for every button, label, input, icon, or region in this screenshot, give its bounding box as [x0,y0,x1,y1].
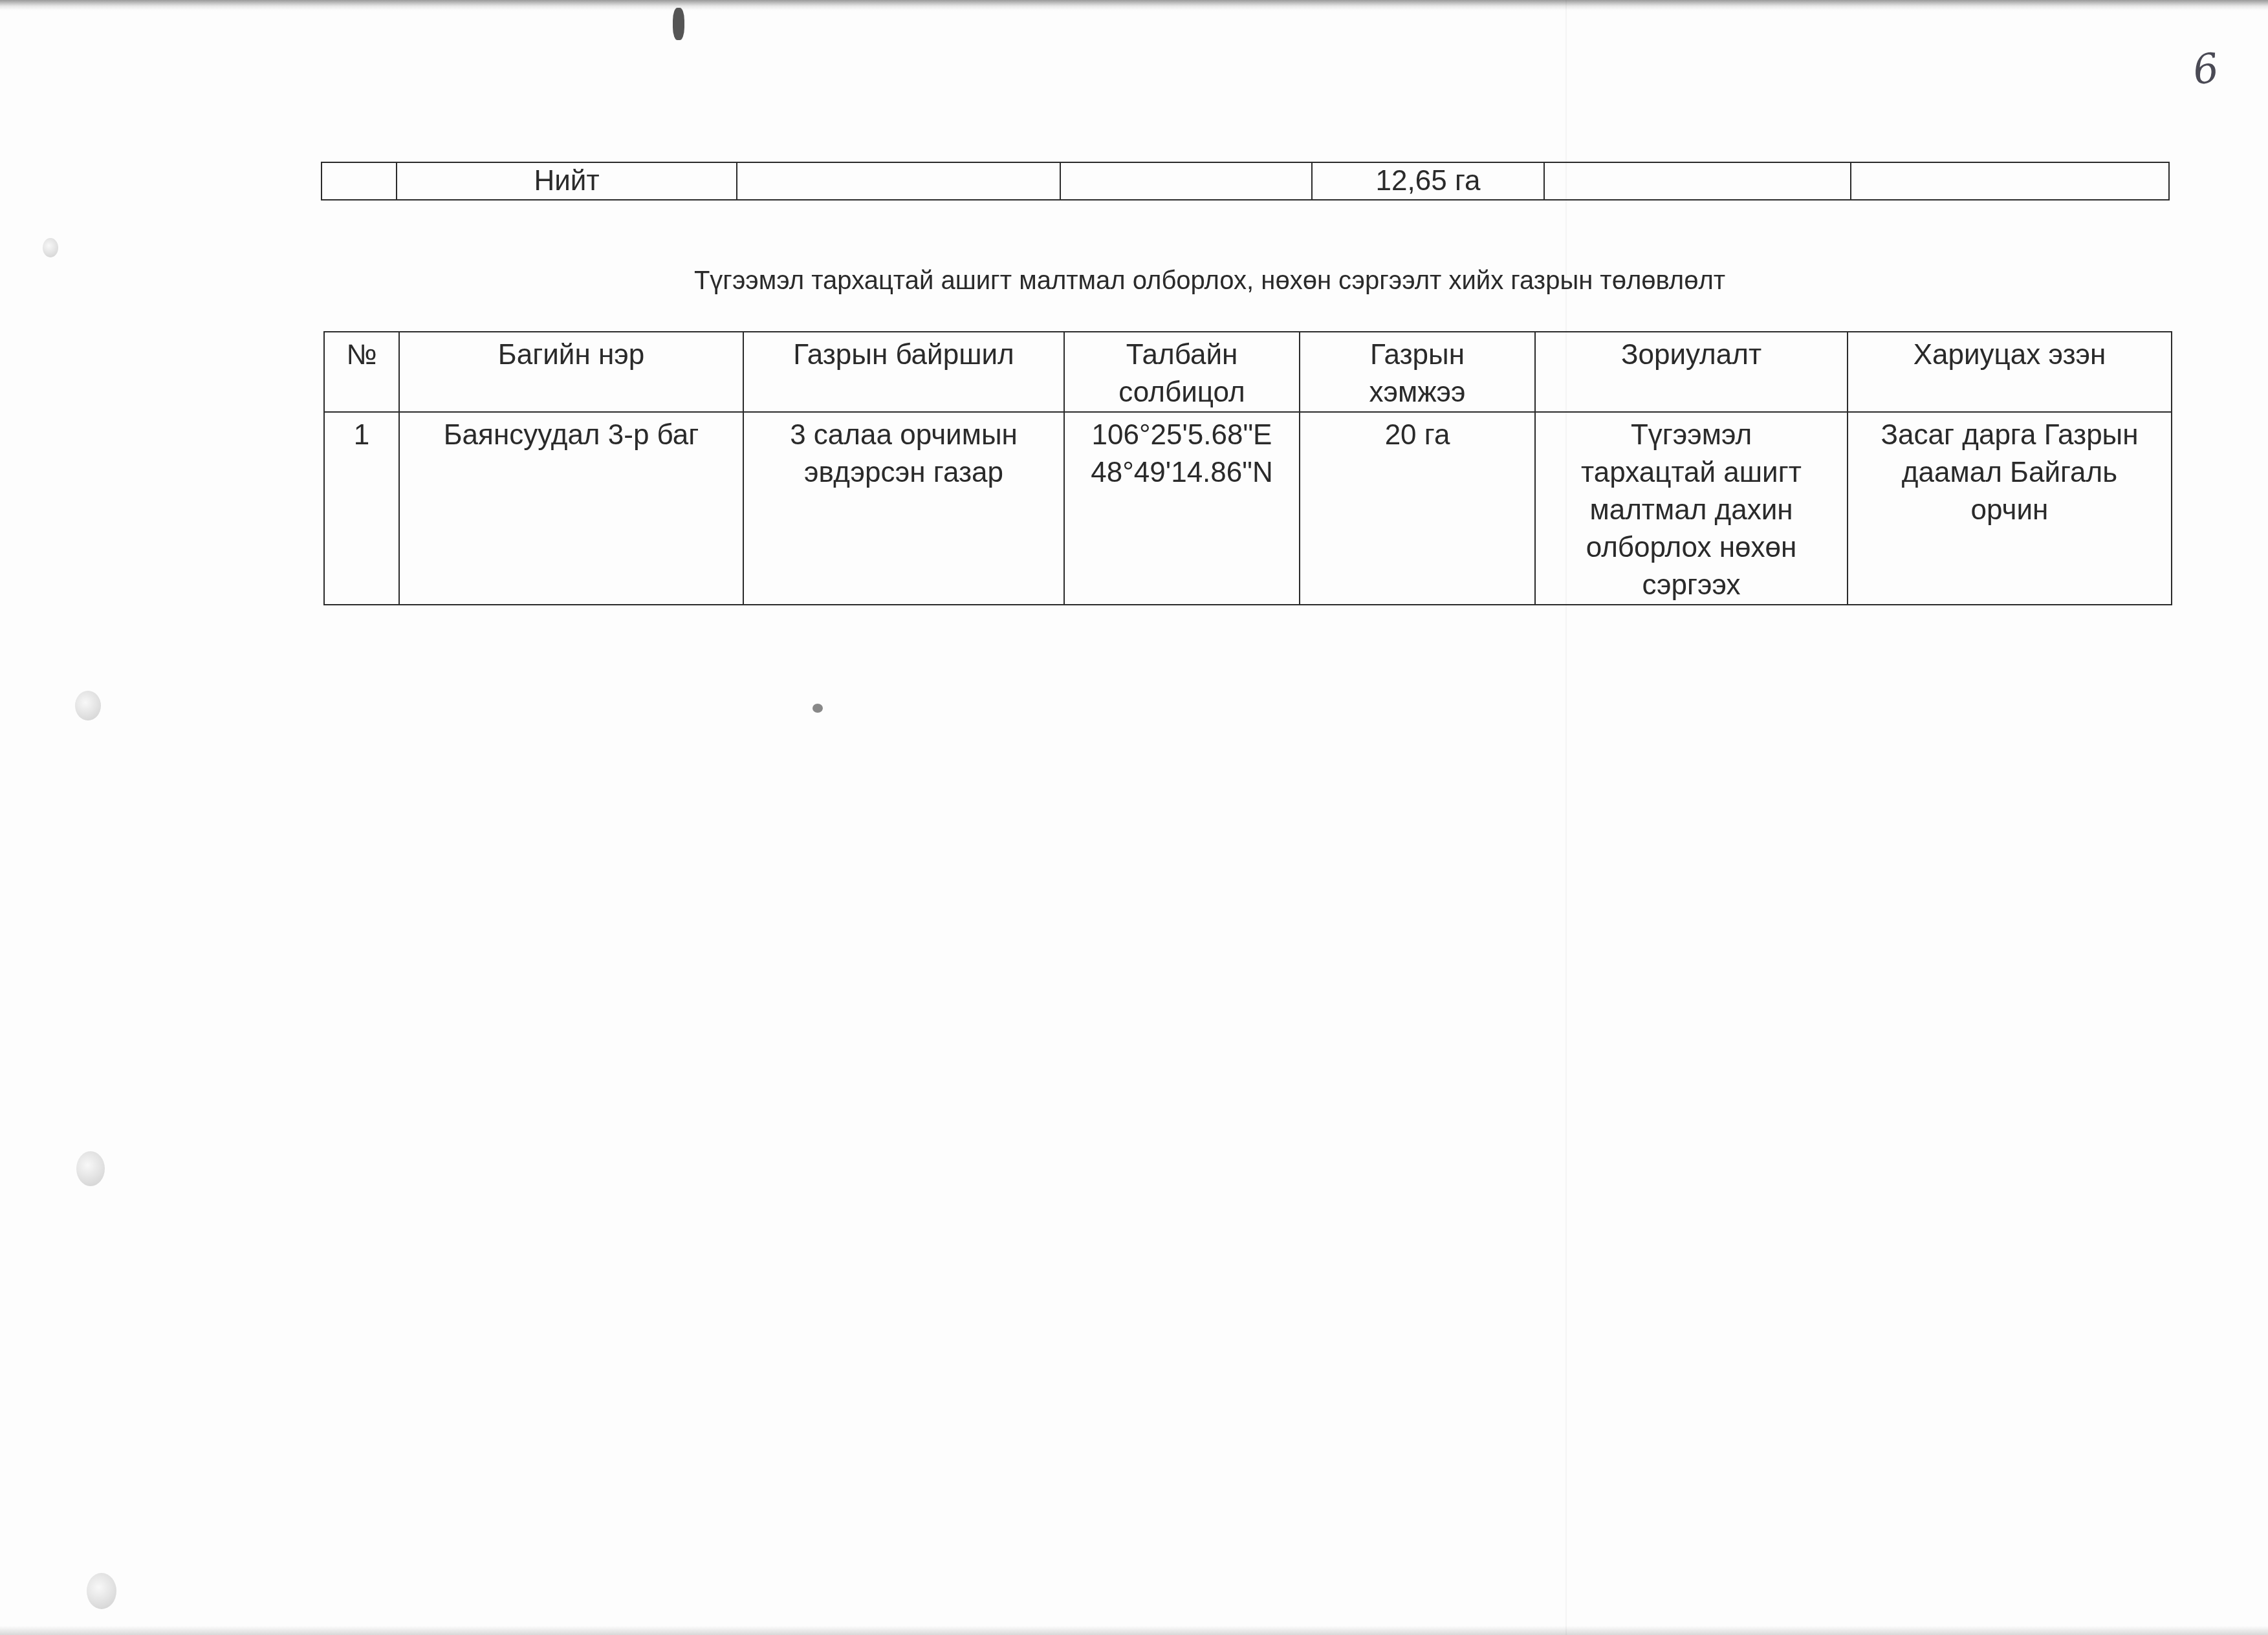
summary-cell-purpose [1544,162,1851,200]
header-purpose: Зориулалт [1535,332,1848,412]
coordinate-latitude: 48°49'14.86"N [1065,454,1299,492]
punch-hole-4 [87,1573,116,1609]
page-number: 6 [2190,44,2221,94]
header-bag-name: Багийн нэр [399,332,743,412]
summary-cell-coordinates [1060,162,1312,200]
table-row: 1 Баянсуудал 3-р баг 3 салаа орчимын эвд… [324,412,2172,605]
summary-cell-number [322,162,397,200]
cell-location: 3 салаа орчимын эвдэрсэн газар [743,412,1064,605]
header-row: № Багийн нэр Газрын байршил Талбайн солб… [324,332,2172,412]
scan-top-edge [0,0,2268,10]
summary-cell-label: Нийт [397,162,737,200]
summary-cell-responsible [1851,162,2169,200]
cell-area: 20 га [1300,412,1535,605]
header-coordinates: Талбайн солбицол [1064,332,1300,412]
dust-speck [812,704,823,713]
punch-hole-3 [76,1151,105,1186]
coordinate-longitude: 106°25'5.68"E [1065,417,1299,454]
header-number: № [324,332,399,412]
summary-cell-area: 12,65 га [1312,162,1544,200]
cell-coordinates: 106°25'5.68"E 48°49'14.86"N [1064,412,1300,605]
cell-purpose: Түгээмэл тархацтай ашигт малтмал дахин о… [1535,412,1848,605]
paper-fold-line [1565,0,1567,1635]
header-area: Газрын хэмжээ [1300,332,1535,412]
header-location: Газрын байршил [743,332,1064,412]
land-plan-table: № Багийн нэр Газрын байршил Талбайн солб… [323,331,2172,605]
scan-bottom-edge [0,1626,2268,1635]
summary-table: Нийт 12,65 га [321,162,2170,200]
section-title: Түгээмэл тархацтай ашигт малтмал олборло… [0,266,2268,296]
staple-mark [673,8,684,40]
cell-responsible: Засаг дарга Газрын даамал Байгаль орчин [1848,412,2172,605]
summary-cell-location [737,162,1060,200]
cell-bag-name: Баянсуудал 3-р баг [399,412,743,605]
header-responsible: Хариуцах эзэн [1848,332,2172,412]
summary-row: Нийт 12,65 га [322,162,2169,200]
punch-hole-1 [43,238,58,257]
cell-number: 1 [324,412,399,605]
punch-hole-2 [75,691,101,720]
